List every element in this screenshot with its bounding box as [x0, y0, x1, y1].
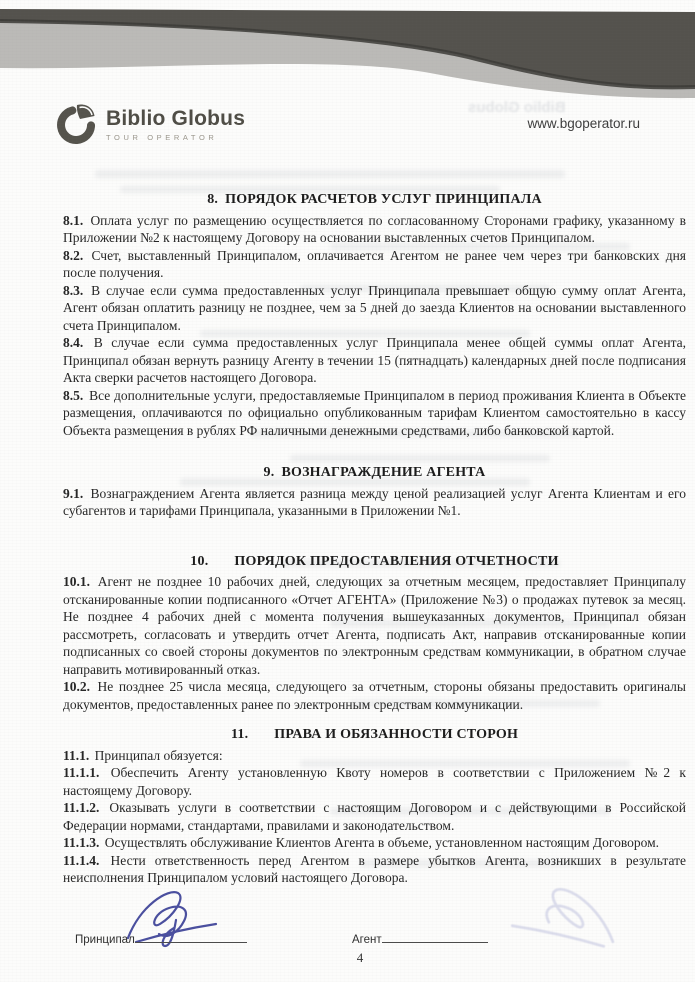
- bleedthrough-signature-ink: [470, 880, 630, 960]
- clause-8-2: 8.2. Счет, выставленный Принципалом, опл…: [63, 247, 686, 282]
- principal-signature-line: [135, 932, 247, 943]
- globe-logo-icon: [54, 102, 98, 146]
- clause-9-1: 9.1. Вознаграждением Агента является раз…: [63, 485, 686, 520]
- biblio-globus-logo: Biblio Globus TOUR OPERATOR: [54, 102, 245, 146]
- clause-10-1: 10.1. Агент не позднее 10 рабочих дней, …: [63, 573, 686, 678]
- section-9-heading: 9.ВОЗНАГРАЖДЕНИЕ АГЕНТА: [63, 464, 686, 482]
- document-header: Biblio Globus TOUR OPERATOR Biblio Globu…: [0, 100, 695, 152]
- clause-11-1-3: 11.1.3. Осуществлять обслуживание Клиент…: [63, 834, 686, 852]
- agent-signature-line: [382, 932, 488, 943]
- agent-label: Агент: [352, 934, 382, 946]
- section-10-heading: 10.ПОРЯДОК ПРЕДОСТАВЛЕНИЯ ОТЧЕТНОСТИ: [63, 553, 686, 571]
- bleedthrough-brand-text: Biblio Globus: [468, 99, 566, 116]
- clause-11-1-1: 11.1.1. Обеспечить Агенту установленную …: [63, 764, 686, 799]
- section-11-heading: 11.ПРАВА И ОБЯЗАННОСТИ СТОРОН: [63, 726, 686, 744]
- page-number: 4: [345, 950, 375, 966]
- website-url: www.bgoperator.ru: [527, 116, 640, 131]
- bleedthrough-artifact: [95, 170, 565, 178]
- section-8-heading: 8.ПОРЯДОК РАСЧЕТОВ УСЛУГ ПРИНЦИПАЛА: [63, 191, 686, 209]
- contract-body: 8.ПОРЯДОК РАСЧЕТОВ УСЛУГ ПРИНЦИПАЛА 8.1.…: [63, 191, 686, 887]
- clause-8-4: 8.4. В случае если сумма предоставленных…: [63, 334, 686, 387]
- clause-8-3: 8.3. В случае если сумма предоставленных…: [63, 282, 686, 335]
- clause-8-5: 8.5. Все дополнительные услуги, предоста…: [63, 387, 686, 440]
- agent-signature-block: Агент: [352, 932, 488, 946]
- clause-8-1: 8.1. Оплата услуг по размещению осуществ…: [63, 212, 686, 247]
- clause-11-1: 11.1. Принципал обязуется:: [63, 747, 686, 765]
- principal-signature-block: Принципал: [75, 932, 247, 946]
- clause-10-2: 10.2. Не позднее 25 числа месяца, следую…: [63, 678, 686, 713]
- clause-11-1-2: 11.1.2. Оказывать услуги в соответствии …: [63, 799, 686, 834]
- brand-name: Biblio Globus: [106, 107, 245, 131]
- scanned-contract-page: { "header": { "brand": "Biblio Globus", …: [0, 0, 695, 982]
- signature-footer: Принципал Агент 4: [0, 924, 695, 974]
- principal-label: Принципал: [75, 934, 135, 946]
- brand-tagline: TOUR OPERATOR: [106, 133, 245, 142]
- header-wave-banner: [0, 0, 695, 104]
